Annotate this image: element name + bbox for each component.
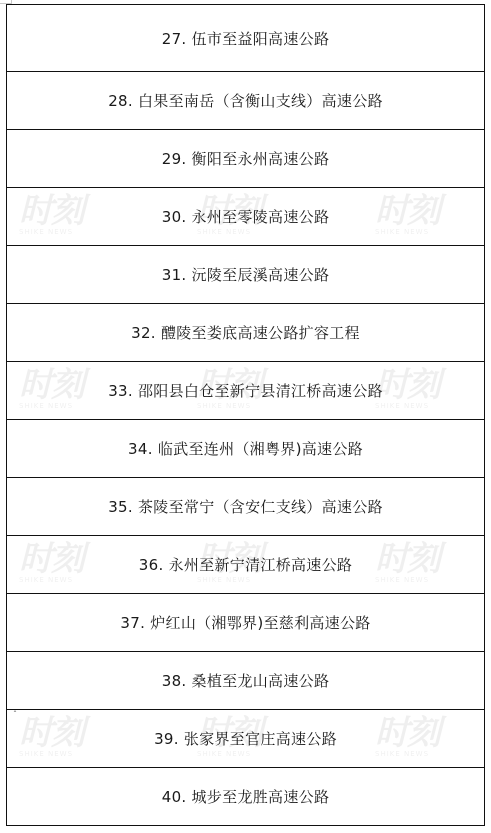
- watermark-logo: 时刻SHIKE NEWS: [19, 716, 119, 760]
- table-row: 29. 衡阳至永州高速公路: [7, 130, 484, 188]
- table-row: 35. 茶陵至常宁（含安仁支线）高速公路: [7, 478, 484, 536]
- row-label: 31. 沅陵至辰溪高速公路: [162, 264, 330, 285]
- table-row: 27. 伍市至益阳高速公路: [7, 5, 484, 72]
- row-label: 40. 城步至龙胜高速公路: [162, 786, 330, 807]
- table-row: 40. 城步至龙胜高速公路: [7, 768, 484, 826]
- watermark-logo: 时刻SHIKE NEWS: [375, 716, 475, 760]
- row-label: 27. 伍市至益阳高速公路: [162, 28, 330, 49]
- row-label: 29. 衡阳至永州高速公路: [162, 148, 330, 169]
- table-row: 时刻SHIKE NEWS 时刻SHIKE NEWS 时刻SHIKE NEWS 3…: [7, 536, 484, 594]
- row-label: 34. 临武至连州（湘粤界)高速公路: [128, 438, 363, 459]
- row-label: 28. 白果至南岳（含衡山支线）高速公路: [108, 90, 383, 111]
- watermark-logo: 时刻SHIKE NEWS: [375, 368, 475, 412]
- watermark-logo: 时刻SHIKE NEWS: [19, 542, 119, 586]
- row-label: 36. 永州至新宁清江桥高速公路: [139, 554, 352, 575]
- table-row: 32. 醴陵至娄底高速公路扩容工程: [7, 304, 484, 362]
- table-row: 时刻SHIKE NEWS 时刻SHIKE NEWS 时刻SHIKE NEWS 3…: [7, 362, 484, 420]
- highway-project-table: 27. 伍市至益阳高速公路 28. 白果至南岳（含衡山支线）高速公路 29. 衡…: [6, 4, 485, 826]
- table-row: 时刻SHIKE NEWS 时刻SHIKE NEWS 时刻SHIKE NEWS 3…: [7, 710, 484, 768]
- row-label: 30. 永州至零陵高速公路: [162, 206, 330, 227]
- row-label: 35. 茶陵至常宁（含安仁支线）高速公路: [108, 496, 383, 517]
- table-row: 时刻SHIKE NEWS 时刻SHIKE NEWS 时刻SHIKE NEWS 3…: [7, 188, 484, 246]
- row-label: 33. 邵阳县白仓至新宁县清江桥高速公路: [108, 380, 383, 401]
- table-row: 38. 桑植至龙山高速公路: [7, 652, 484, 710]
- table-row: 34. 临武至连州（湘粤界)高速公路: [7, 420, 484, 478]
- table-row: 37. 炉红山（湘鄂界)至慈利高速公路: [7, 594, 484, 652]
- row-label: 39. 张家界至官庄高速公路: [154, 728, 337, 749]
- table-row: 28. 白果至南岳（含衡山支线）高速公路: [7, 72, 484, 130]
- row-label: 32. 醴陵至娄底高速公路扩容工程: [131, 322, 360, 343]
- watermark-logo: 时刻SHIKE NEWS: [375, 194, 475, 238]
- table-row: 31. 沅陵至辰溪高速公路: [7, 246, 484, 304]
- watermark-logo: 时刻SHIKE NEWS: [19, 368, 119, 412]
- watermark-logo: 时刻SHIKE NEWS: [19, 194, 119, 238]
- row-label: 38. 桑植至龙山高速公路: [162, 670, 330, 691]
- row-label: 37. 炉红山（湘鄂界)至慈利高速公路: [120, 612, 370, 633]
- watermark-logo: 时刻SHIKE NEWS: [375, 542, 475, 586]
